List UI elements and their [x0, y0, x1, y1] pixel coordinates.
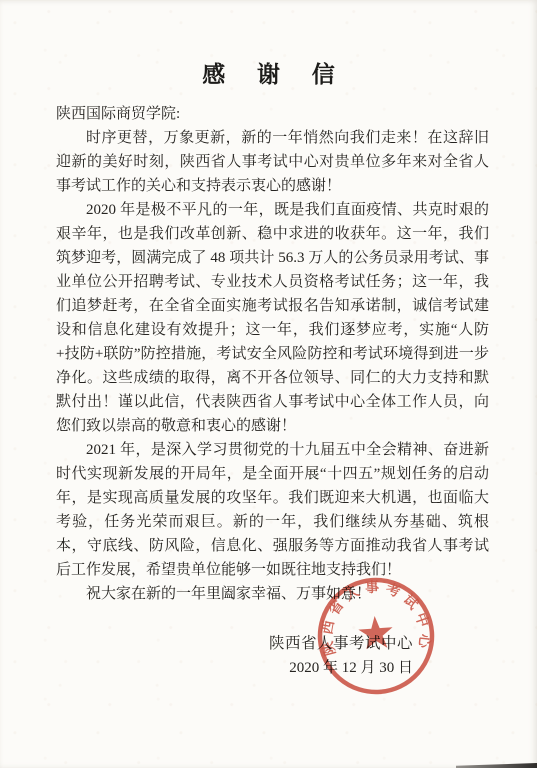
official-seal-icon: 陕西省人事考试中心: [307, 567, 446, 706]
paragraph-greeting: 时序更替，万象更新，新的一年悄然向我们走来！在这辞旧迎新的美好时刻，陕西省人事考…: [56, 126, 489, 198]
paragraph-2021-outlook: 2021 年，是深入学习贯彻党的十九届五中全会精神、奋进新时代实现新发展的开局年…: [56, 438, 489, 582]
letter-body: 陕西国际商贸学院: 时序更替，万象更新，新的一年悄然向我们走来！在这辞旧迎新的美…: [56, 102, 489, 606]
scanned-letter-page: 感 谢 信 陕西国际商贸学院: 时序更替，万象更新，新的一年悄然向我们走来！在这…: [0, 0, 537, 768]
letter-title: 感 谢 信: [0, 56, 537, 89]
star-icon: [358, 615, 394, 650]
scan-artifact-bar: [456, 763, 537, 768]
paragraph-2020-review: 2020 年是极不平凡的一年，既是我们直面疫情、共克时艰的艰辛年，也是我们改革创…: [56, 198, 489, 438]
salutation: 陕西国际商贸学院:: [56, 102, 489, 126]
